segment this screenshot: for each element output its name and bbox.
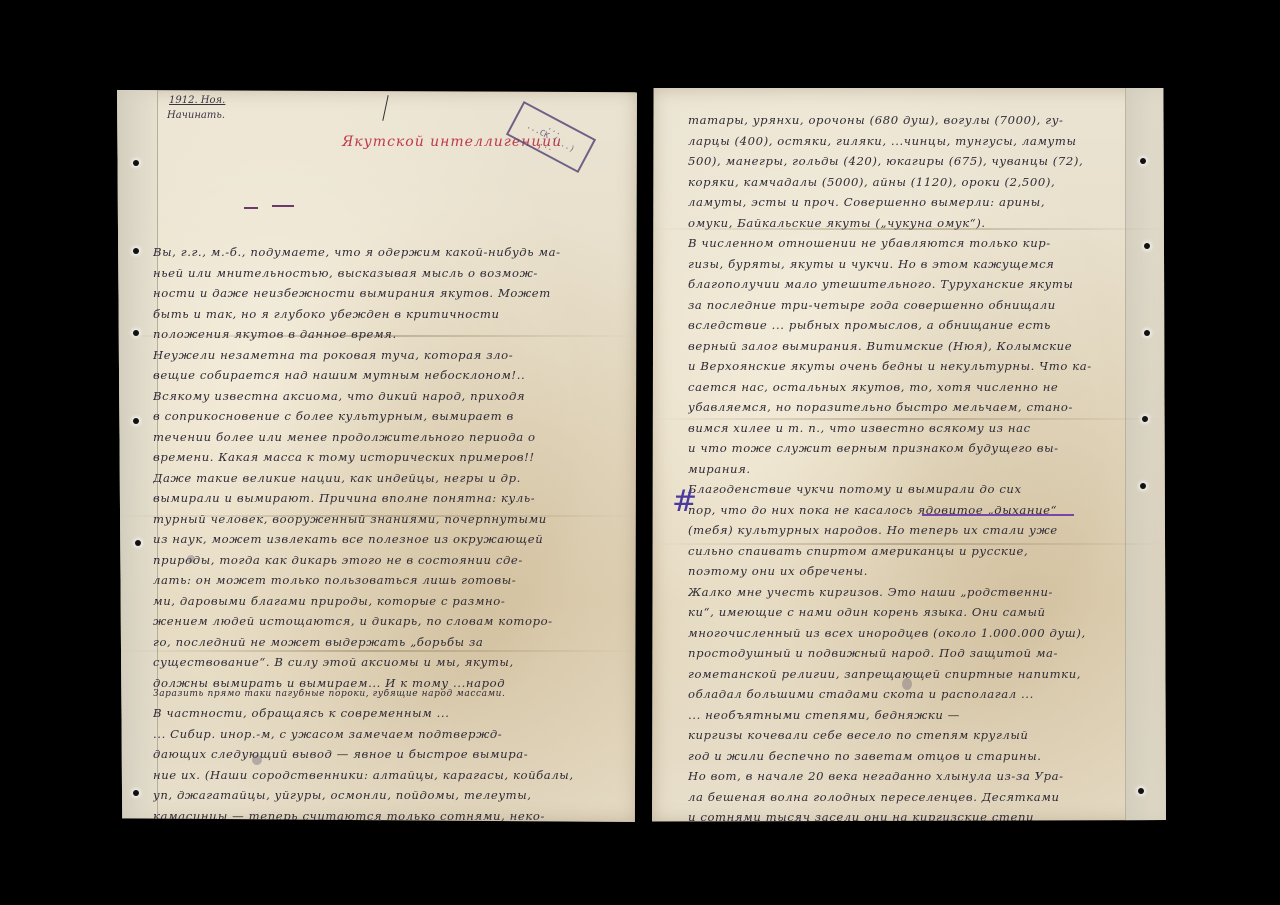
text-line: Жалко мне учесть киргизов. Это наши „род… (688, 582, 1092, 603)
text-line: течении более или менее продолжительного… (153, 427, 574, 448)
punch-hole (133, 160, 139, 166)
text-line: Вы, г.г., м.-б., подумаете, что я одержи… (153, 242, 574, 263)
text-line: 500), манегры, гольды (420), юкагиры (67… (688, 151, 1092, 172)
left-page-text: Вы, г.г., м.-б., подумаете, что я одержи… (153, 242, 574, 847)
text-line: ларцы (400), остяки, гиляки, ...чинцы, т… (688, 131, 1092, 152)
binding-strip (1125, 88, 1166, 823)
text-line: омуки, Байкальские якуты („чукуна омук“)… (688, 213, 1092, 234)
text-line: татары, урянхи, орочоны (680 душ), вогул… (688, 110, 1092, 131)
dash-mark (244, 207, 258, 209)
text-line: ми, даровыми благами природы, которые с … (153, 591, 574, 612)
text-line: ние их. (Наши сородственники: алтайцы, к… (153, 765, 574, 786)
text-line: за последние три-четыре года совершенно … (688, 295, 1092, 316)
text-line: пор, что до них пока не касалось ядовито… (688, 500, 1092, 521)
text-line: В численном отношении не убавляются толь… (688, 233, 1092, 254)
text-line: камасинцы — теперь считаются только сотн… (153, 806, 574, 827)
text-line: го, последний не может выдержать „борьбы… (153, 632, 574, 653)
text-line: в соприкосновение с более культурным, вы… (153, 406, 574, 427)
dash-mark (272, 205, 294, 207)
text-line: Всякому известна аксиома, что дикий наро… (153, 386, 574, 407)
text-line: ... Сибир. инор.-м, с ужасом замечаем по… (153, 724, 574, 745)
text-line: простодушный и подвижный народ. Под защи… (688, 643, 1092, 664)
text-line: мирания. (688, 459, 1092, 480)
text-line: лать: он может только пользоваться лишь … (153, 570, 574, 591)
punch-hole (133, 418, 139, 424)
punch-hole (1144, 243, 1150, 249)
punch-hole (1140, 483, 1146, 489)
text-line: ла бешеная волна голодных переселенцев. … (688, 787, 1092, 808)
page-number-mark (382, 95, 388, 121)
text-line: ... необъятными степями, бедняжки — (688, 705, 1092, 726)
punch-hole (135, 540, 141, 546)
punch-hole (1140, 158, 1146, 164)
text-line: гизы, буряты, якуты и чукчи. Но в этом к… (688, 254, 1092, 275)
right-page: татары, урянхи, орочоны (680 душ), вогул… (652, 88, 1166, 823)
text-line: существование“. В силу этой аксиомы и мы… (153, 652, 574, 673)
text-line: Даже такие великие нации, как индейцы, н… (153, 468, 574, 489)
text-line: ности и даже неизбежности вымирания якут… (153, 283, 574, 304)
text-line: вещие собирается над нашим мутным небоск… (153, 365, 574, 386)
text-line: сается нас, остальных якутов, то, хотя ч… (688, 377, 1092, 398)
text-line: быть и так, но я глубоко убежден в крити… (153, 304, 574, 325)
text-line: и что тоже служит верным признаком будущ… (688, 438, 1092, 459)
text-line: уп, джагатайцы, уйгуры, осмонли, пойдомы… (153, 785, 574, 806)
right-page-text: татары, урянхи, орочоны (680 душ), вогул… (688, 110, 1092, 828)
text-line: сильно спаивать спиртом американцы и рус… (688, 541, 1092, 562)
text-line: Благоденствие чукчи потому и вымирали до… (688, 479, 1092, 500)
text-line: и Верхоянские якуты очень бедны и некуль… (688, 356, 1092, 377)
text-line: Неужели незаметна та роковая туча, котор… (153, 345, 574, 366)
text-line: многочисленный из всех инородцев (около … (688, 623, 1092, 644)
punch-hole (1138, 788, 1144, 794)
margin-hash-mark: # (672, 484, 697, 519)
text-line: В частности, обращаясь к современным ... (153, 703, 574, 724)
text-line: положения якутов в данное время. (153, 324, 574, 345)
text-line: год и жили беспечно по заветам отцов и с… (688, 746, 1092, 767)
text-line: вследствие ... рыбных промыслов, а обнищ… (688, 315, 1092, 336)
text-line: (тебя) культурных народов. Но теперь их … (688, 520, 1092, 541)
text-line: жением людей истощаются, и дикарь, по сл… (153, 611, 574, 632)
binding-strip (117, 90, 158, 822)
text-line: гометанской религии, запрещающей спиртны… (688, 664, 1092, 685)
text-line: торые только тысячами. Также вымирают: с… (153, 826, 574, 847)
text-line: Но вот, в начале 20 века негаданно хлыну… (688, 766, 1092, 787)
text-line: коряки, камчадалы (5000), айны (1120), о… (688, 172, 1092, 193)
text-line: и сотнями тысяч засели они на киргизские… (688, 807, 1092, 828)
text-line: ки“, имеющие с нами один корень языка. О… (688, 602, 1092, 623)
text-line: обладал большими стадами скота и распола… (688, 684, 1092, 705)
text-line: убавляемся, но поразительно быстро мельч… (688, 397, 1092, 418)
underline-mark (922, 514, 1074, 516)
text-line: времени. Какая масса к тому исторических… (153, 447, 574, 468)
text-line: благополучии мало утешительного. Турухан… (688, 274, 1092, 295)
date-note: 1912. Ноя. (169, 95, 225, 106)
punch-hole (133, 790, 139, 796)
punch-hole (1144, 330, 1150, 336)
text-line: поэтому они их обречены. (688, 561, 1092, 582)
text-line: верный залог вымирания. Витимские (Нюя),… (688, 336, 1092, 357)
text-line: ламуты, эсты и проч. Совершенно вымерли:… (688, 192, 1092, 213)
archive-stamp: ... ...СК (...) ... (506, 101, 596, 173)
text-line: киргизы кочевали себе весело по степям к… (688, 725, 1092, 746)
start-note: Начинать. (167, 110, 225, 121)
text-line: турный человек, вооруженный знаниями, по… (153, 509, 574, 530)
left-page: 1912. Ноя. Начинать. Якутской интеллиген… (117, 90, 637, 822)
text-line: ньей или мнительностью, высказывая мысль… (153, 263, 574, 284)
text-line: дающих следующий вывод — явное и быстрое… (153, 744, 574, 765)
text-line: из наук, может извлекать все полезное из… (153, 529, 574, 550)
inserted-line: Заразить прямо таки пагубные пороки, губ… (153, 689, 574, 699)
text-line: вымирали и вымирают. Причина вполне поня… (153, 488, 574, 509)
text-line: вимся хилее и т. п., что известно всяком… (688, 418, 1092, 439)
punch-hole (133, 248, 139, 254)
text-line: природы, тогда как дикарь этого не в сос… (153, 550, 574, 571)
